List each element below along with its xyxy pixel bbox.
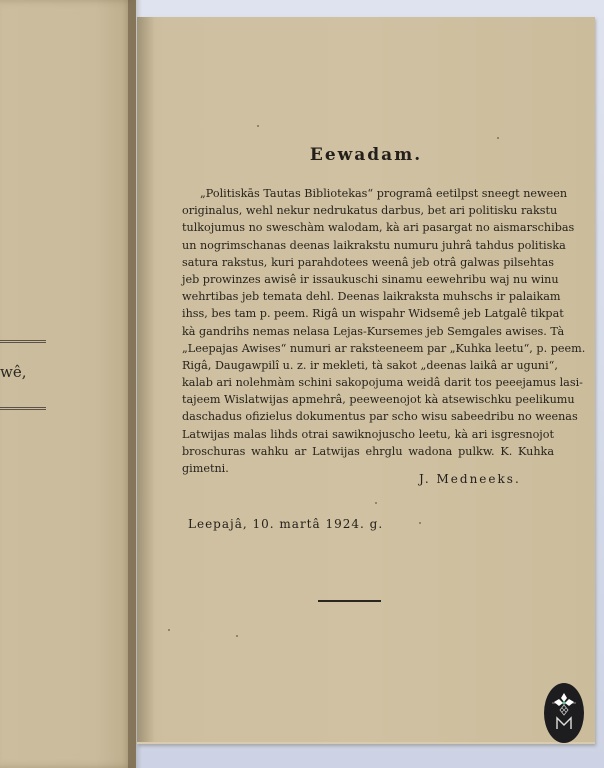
- text-line: ihss, bes tam p. peem. Rigâ un wispahr W…: [182, 305, 554, 322]
- text-line: wehrtibas jeb temata dehl. Deenas laikra…: [182, 288, 554, 305]
- left-page-text-fragment: wê,: [0, 363, 26, 381]
- text-line: kà gandrihs nemas nelasa Lejas-Kursemes …: [182, 323, 554, 340]
- place-and-date: Leepajâ, 10. martâ 1924. g.: [188, 517, 383, 531]
- text-line: broschuras wahku ar Latwijas ehrglu wado…: [182, 443, 554, 460]
- page-title: Eewadam.: [137, 145, 595, 165]
- text-line: „Leepajas Awises“ numuri ar raksteeneem …: [182, 340, 554, 357]
- author-signature: J. Medneeks.: [419, 472, 521, 486]
- text-line: tulkojumus no sweschàm walodam, kà ari p…: [182, 219, 554, 236]
- text-line: tajeem Wislatwijas apmehrâ, peeweenojot …: [182, 391, 554, 408]
- text-line: kalab ari nolehmàm schini sakopojuma wei…: [182, 374, 554, 391]
- text-line: satura rakstus, kuri parahdotees weenâ j…: [182, 254, 554, 271]
- watermark-badge: [544, 683, 584, 743]
- text-line: originalus, wehl nekur nedrukatus darbus…: [182, 202, 554, 219]
- foreword-paragraph: „Politiskās Tautas Bibliotekas“ programâ…: [182, 185, 554, 477]
- gutter-shadow: [137, 17, 155, 742]
- double-rule-bottom: [0, 407, 46, 410]
- double-rule-top: [0, 340, 46, 343]
- text-line: un nogrimschanas deenas laikrakstu numur…: [182, 237, 554, 254]
- right-page: Eewadam. „Politiskās Tautas Bibliotekas“…: [137, 17, 595, 744]
- left-page: wê,: [0, 0, 136, 768]
- text-line: daschadus ofizielus dokumentus par scho …: [182, 408, 554, 425]
- text-line: Rigâ, Daugawpilî u. z. ir mekleti, tà sa…: [182, 357, 554, 374]
- text-line: „Politiskās Tautas Bibliotekas“ programâ…: [182, 185, 554, 202]
- flower-monogram-icon: [551, 691, 577, 735]
- closing-rule: [318, 600, 381, 602]
- text-line: Latwijas malas lihds otrai sawiknojuscho…: [182, 426, 554, 443]
- text-line: jeb prowinzes awisê ir issaukuschi sinam…: [182, 271, 554, 288]
